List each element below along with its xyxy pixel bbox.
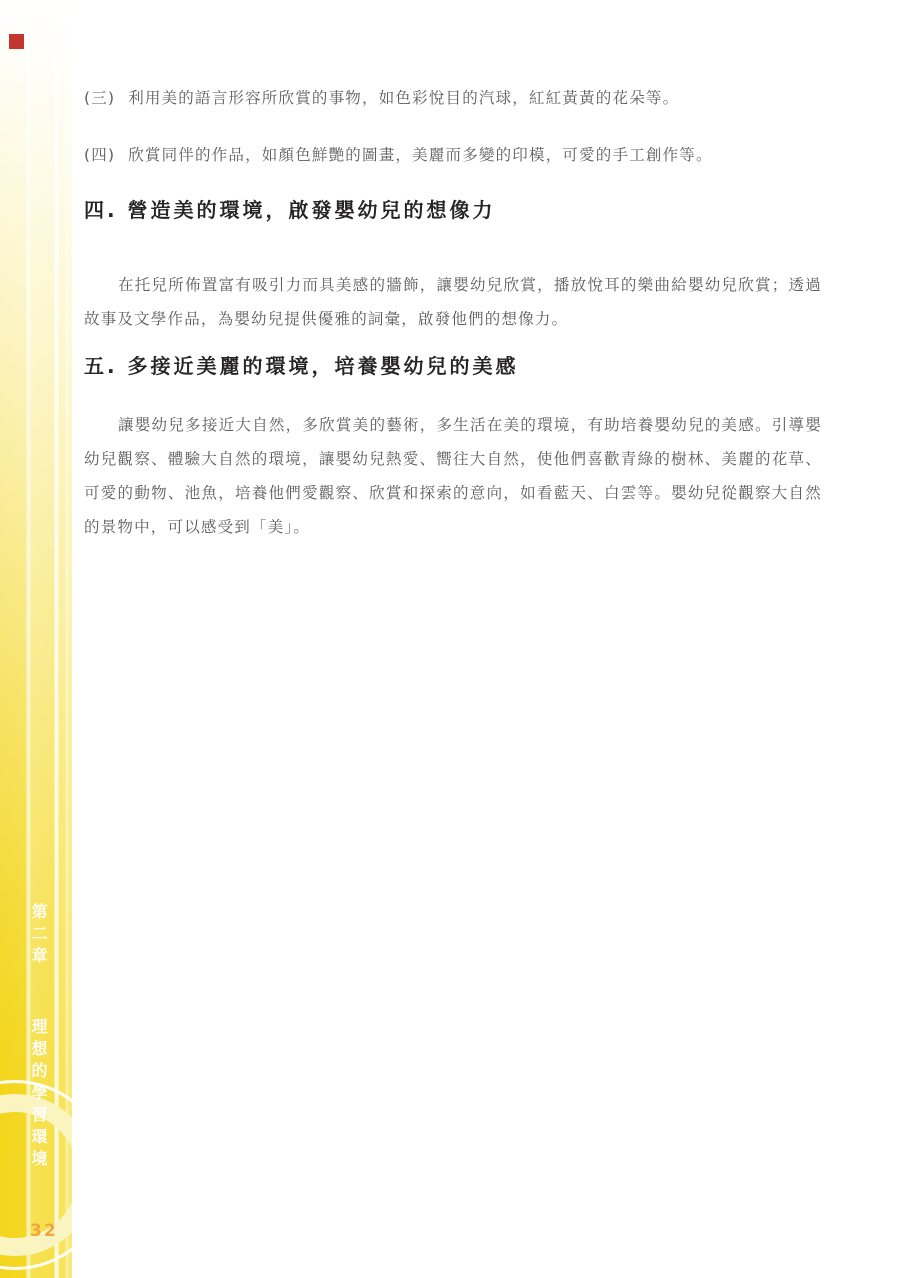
page-number: 32 [30,1221,58,1241]
section-paragraph-4: 在托兒所佈置富有吸引力而具美感的牆飾，讓嬰幼兒欣賞，播放悅耳的樂曲給嬰幼兒欣賞；… [84,268,822,336]
chapter-sidebar: 第二章 理想的學習環境 32 [0,0,72,1278]
list-item-text: 欣賞同伴的作品，如顏色鮮艷的圖畫，美麗而多變的印模，可愛的手工創作等。 [128,143,713,165]
chapter-title: 理想的學習環境 [27,1018,49,1172]
chapter-vertical-label: 第二章 理想的學習環境 [27,903,49,1172]
section-paragraph-5: 讓嬰幼兒多接近大自然，多欣賞美的藝術，多生活在美的環境，有助培養嬰幼兒的美感。引… [84,408,822,544]
list-item-text: 利用美的語言形容所欣賞的事物，如色彩悅目的汽球，紅紅黃黃的花朵等。 [128,86,679,108]
page-corner-marker [9,34,24,49]
list-item-number: (三) [84,86,115,108]
section-heading-4: 四. 營造美的環境，啟發嬰幼兒的想像力 [84,194,496,223]
chapter-number: 第二章 [29,903,48,969]
section-heading-5: 五. 多接近美麗的環境，培養嬰幼兒的美感 [84,350,519,379]
list-item-number: (四) [84,143,115,165]
list-item: (四) 欣賞同伴的作品，如顏色鮮艷的圖畫，美麗而多變的印模，可愛的手工創作等。 [84,143,713,165]
list-item: (三) 利用美的語言形容所欣賞的事物，如色彩悅目的汽球，紅紅黃黃的花朵等。 [84,86,679,108]
